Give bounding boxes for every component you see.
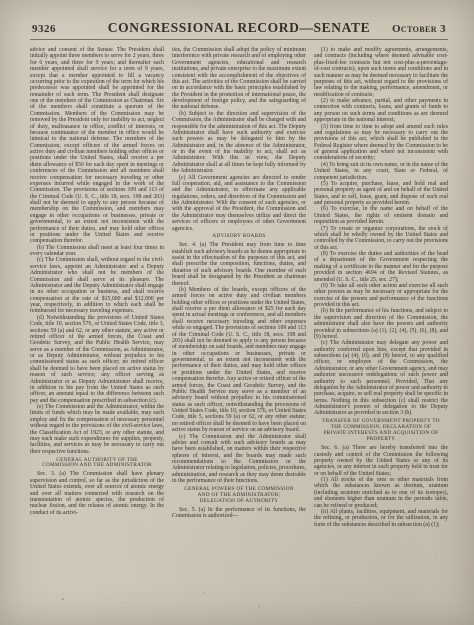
body-paragraph: Sec. 3. (a) The Commission shall have pl… bbox=[30, 471, 164, 516]
body-paragraph: (b) In the performance of his functions,… bbox=[314, 308, 448, 340]
scan-speck bbox=[204, 592, 205, 594]
body-paragraph: (5) To acquire, purchase, lease, and hol… bbox=[314, 181, 448, 207]
body-paragraph: (c) All Government agencies are directed… bbox=[172, 175, 306, 232]
body-paragraph: (c) The Commission and the Administrator… bbox=[172, 434, 306, 485]
body-paragraph: (3) from time to time to adopt and amend… bbox=[314, 124, 448, 162]
section-heading: Transfer of Government property to the C… bbox=[322, 419, 440, 443]
body-paragraph: (4) To bring suit in its own name, or in… bbox=[314, 162, 448, 181]
scan-speck bbox=[258, 606, 260, 607]
body-paragraph: (c) The Commission shall, without regard… bbox=[30, 257, 164, 314]
body-paragraph: (ii) All plants, facilities, equipment, … bbox=[314, 509, 448, 528]
text-column: advice and consent of the Senate. The Pr… bbox=[30, 47, 164, 528]
document-page: 9326 CONGRESSIONAL RECORD—SENATE October… bbox=[0, 0, 474, 625]
body-paragraph: Sec. 5. (a) In the performance of its fu… bbox=[172, 507, 306, 520]
page-number: 9326 bbox=[32, 23, 108, 35]
body-paragraph: advice and consent of the Senate. The Pr… bbox=[30, 47, 164, 245]
page-title: CONGRESSIONAL RECORD—SENATE bbox=[108, 20, 370, 36]
body-paragraph: (7) To create or organize corporations, … bbox=[314, 226, 448, 252]
body-paragraph: (9) To take all such other action and ex… bbox=[314, 283, 448, 309]
body-paragraph: (b) Members of the boards, except office… bbox=[172, 287, 306, 434]
body-paragraph: Sec. 6. (a) There are hereby transferred… bbox=[314, 445, 448, 477]
text-columns: advice and consent of the Senate. The Pr… bbox=[30, 47, 448, 528]
body-paragraph: (1) to make and modify agreements, arran… bbox=[314, 47, 448, 98]
body-paragraph: (b) Subject to the direction and supervi… bbox=[172, 111, 306, 175]
section-heading: General authority of the Commission and … bbox=[38, 458, 156, 470]
page-header: 9326 CONGRESSIONAL RECORD—SENATE October… bbox=[30, 20, 448, 39]
body-paragraph: (6) To exercise, in the name and on beha… bbox=[314, 206, 448, 225]
section-heading: Advisory boards bbox=[180, 234, 298, 240]
text-column: ties, the Commission shall adopt the pol… bbox=[172, 47, 306, 528]
body-paragraph: (d) Notwithstanding the provisions of Un… bbox=[30, 315, 164, 404]
text-column: (1) to make and modify agreements, arran… bbox=[314, 47, 448, 528]
page-date: October 3 bbox=[370, 23, 446, 35]
section-heading: General powers of the Commission and of … bbox=[180, 487, 298, 505]
body-paragraph: Sec. 4. (a) The President may from time … bbox=[172, 242, 306, 287]
scan-speck bbox=[62, 598, 64, 600]
body-paragraph: (e) The Commission and the Administrator… bbox=[30, 404, 164, 455]
body-paragraph: ties, the Commission shall adopt the pol… bbox=[172, 47, 306, 111]
body-paragraph: (c) The Administrator may delegate any p… bbox=[314, 340, 448, 417]
header-rule bbox=[30, 39, 448, 40]
body-paragraph: (b) The Commission shall meet at least f… bbox=[30, 245, 164, 258]
body-paragraph: (8) To exercise the duties and authoriti… bbox=[314, 251, 448, 283]
body-paragraph: (1) All stocks of the ores or other mate… bbox=[314, 477, 448, 509]
body-paragraph: (2) to make advance, partial, and other … bbox=[314, 98, 448, 124]
